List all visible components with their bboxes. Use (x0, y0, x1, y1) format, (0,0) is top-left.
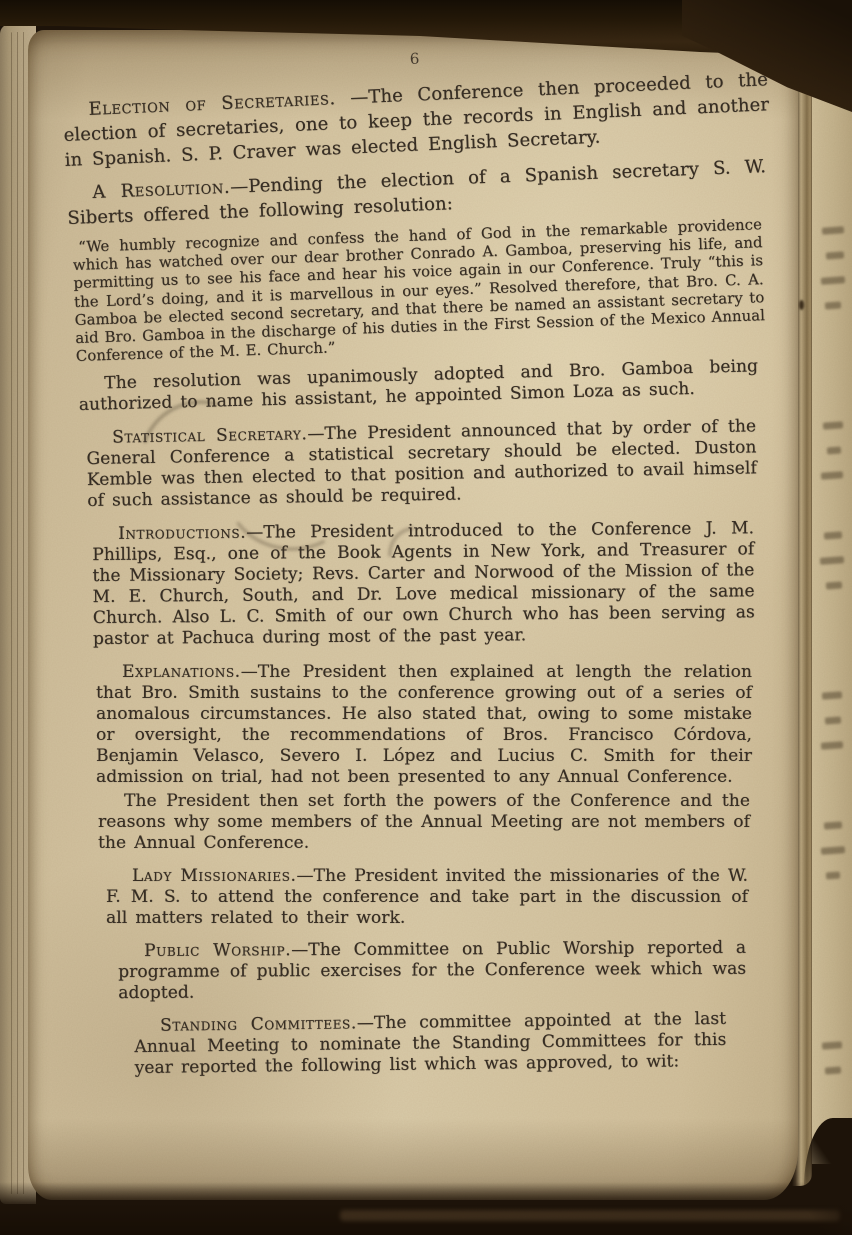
bleed-text-mark (823, 421, 843, 429)
bleed-text-mark (824, 821, 842, 829)
background-shelf-edge (340, 1210, 840, 1221)
bleed-text-mark (826, 872, 840, 880)
paragraph: Lady Missionaries.—The President invited… (106, 866, 748, 929)
bleed-text-mark (821, 471, 843, 480)
bleed-text-mark (821, 846, 845, 855)
paragraph: Introductions.—The President introduced … (92, 519, 755, 651)
book-scan-photo: 6 Election of Secretaries. —The Conferen… (0, 0, 852, 1235)
bleed-text-mark (825, 716, 841, 724)
bleed-text-mark (826, 251, 844, 259)
section-heading: Statistical Secretary. (112, 425, 308, 448)
paragraph-text: The resolution was upanimously adopted a… (79, 357, 759, 416)
paragraph-text: “We humbly recognize and confess the han… (73, 216, 766, 365)
next-page-edge (812, 86, 852, 1164)
section-heading: A Resolution. (92, 177, 231, 203)
paragraph: Standing Committees.—The committee appoi… (134, 1009, 727, 1079)
bleed-text-mark (820, 556, 844, 565)
bleed-text-mark (827, 447, 841, 455)
bleed-text-mark (821, 276, 845, 285)
paragraph-text: —The Conference then proceeded to the el… (63, 69, 769, 171)
bleed-text-mark (822, 1041, 842, 1049)
bleed-text-mark (825, 1066, 841, 1074)
paragraph: Explanations.—The President then explain… (96, 662, 752, 788)
book-page: 6 Election of Secretaries. —The Conferen… (28, 30, 798, 1200)
text-column: 6 Election of Secretaries. —The Conferen… (28, 30, 798, 1079)
paragraph: The President then set forth the powers … (98, 791, 750, 854)
paragraph: “We humbly recognize and confess the han… (72, 216, 766, 366)
section-heading: Lady Missionaries. (132, 866, 296, 886)
section-heading: Standing Committees. (160, 1014, 357, 1036)
paragraph-text: The President then set forth the powers … (98, 791, 750, 853)
bleed-text-mark (821, 741, 843, 750)
paragraph: Public Worship.—The Committee on Public … (118, 938, 746, 1004)
section-heading: Introductions. (118, 523, 246, 544)
bleed-text-mark (825, 301, 841, 309)
section-heading: Public Worship. (144, 941, 291, 962)
bleed-text-mark (824, 531, 842, 539)
bleed-text-mark (822, 691, 842, 699)
section-heading: Explanations. (122, 662, 241, 682)
bleed-text-mark (826, 581, 842, 589)
bleed-text-mark (822, 226, 844, 235)
paragraph: Statistical Secretary.—The President ann… (86, 417, 757, 513)
paragraph: The resolution was upanimously adopted a… (78, 357, 759, 417)
